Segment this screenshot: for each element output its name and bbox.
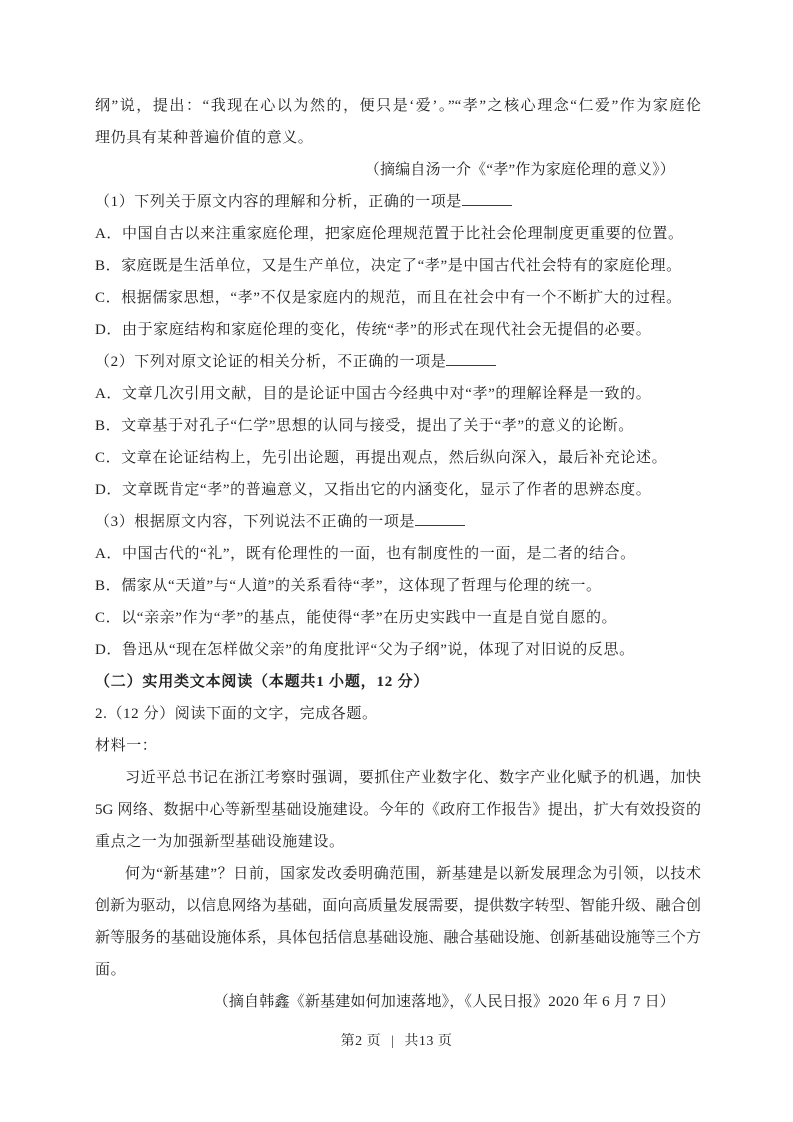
question-3-stem-text: （3）根据原文内容，下列说法不正确的一项是 [95, 514, 415, 530]
page-footer: 第2 页|共13 页 [0, 1030, 793, 1054]
question-2-stem: （2）下列对原文论证的相关分析，不正确的一项是 [95, 346, 701, 378]
answer-blank [446, 353, 496, 366]
material-paragraph2-line-2: 创新为驱动，以信息网络为基础，面向高质量发展需要，提供数字转型、智能升级、融合创 [95, 890, 701, 922]
question-2-option-a: A．文章几次引用文献，目的是论证中国古今经典中对“孝”的理解诠释是一致的。 [95, 378, 701, 410]
question-3-option-c: C．以“亲亲”作为“孝”的基点，能使得“孝”在历史实践中一直是自觉自愿的。 [95, 602, 701, 634]
material-paragraph2-line-3: 新等服务的基础设施体系，具体包括信息基础设施、融合基础设施、创新基础设施等三个方 [95, 922, 701, 954]
passage-source-attribution: （摘编自汤一介《“孝”作为家庭伦理的意义》） [95, 154, 701, 186]
answer-blank [462, 193, 512, 206]
passage-tail-line-2: 理仍具有某种普遍价值的意义。 [95, 122, 701, 154]
question-1-option-c: C．根据儒家思想，“孝”不仅是家庭内的规范，而且在社会中有一个不断扩大的过程。 [95, 282, 701, 314]
material-source-attribution: （摘自韩鑫《新基建如何加速落地》，《人民日报》2020 年 6 月 7 日） [95, 986, 701, 1018]
material-paragraph2-line-1: 何为“新基建”？日前，国家发改委明确范围，新基建是以新发展理念为引领，以技术 [95, 858, 701, 890]
question-1-option-b: B．家庭既是生活单位，又是生产单位，决定了“孝”是中国古代社会特有的家庭伦理。 [95, 250, 701, 282]
question-2-stem-text: （2）下列对原文论证的相关分析，不正确的一项是 [95, 354, 446, 370]
question-3-option-d: D．鲁迅从“现在怎样做父亲”的角度批评“父为子纲”说，体现了对旧说的反思。 [95, 634, 701, 666]
question-2-option-d: D．文章既肯定“孝”的普遍意义，又指出它的内涵变化，显示了作者的思辨态度。 [95, 474, 701, 506]
question-1-stem-text: （1）下列关于原文内容的理解和分析，正确的一项是 [95, 194, 462, 210]
answer-blank [415, 513, 465, 526]
question-1-option-d: D．由于家庭结构和家庭伦理的变化，传统“孝”的形式在现代社会无提倡的必要。 [95, 314, 701, 346]
material-paragraph2-line-4: 面。 [95, 954, 701, 986]
exam-page-content: 纲”说，提出：“我现在心以为然的，便只是‘爱’。”“孝”之核心理念“仁爱”作为家… [95, 90, 701, 1018]
material-paragraph1-line-1: 习近平总书记在浙江考察时强调，要抓住产业数字化、数字产业化赋予的机遇，加快 [95, 762, 701, 794]
question-3-option-b: B．儒家从“天道”与“人道”的关系看待“孝”，这体现了哲理与伦理的统一。 [95, 570, 701, 602]
footer-total-pages: 共13 页 [404, 1034, 452, 1049]
question-1-stem: （1）下列关于原文内容的理解和分析，正确的一项是 [95, 186, 701, 218]
material-paragraph1-line-3: 重点之一为加强新型基础设施建设。 [95, 826, 701, 858]
passage-tail-line-1: 纲”说，提出：“我现在心以为然的，便只是‘爱’。”“孝”之核心理念“仁爱”作为家… [95, 90, 701, 122]
question-2-option-c: C．文章在论证结构上，先引出论题，再提出观点，然后纵向深入，最后补充论述。 [95, 442, 701, 474]
material-paragraph1-line-2: 5G 网络、数据中心等新型基础设施建设。今年的《政府工作报告》提出，扩大有效投资… [95, 794, 701, 826]
question-2-option-b: B．文章基于对孔子“仁学”思想的认同与接受，提出了关于“孝”的意义的论断。 [95, 410, 701, 442]
question-3-option-a: A．中国古代的“礼”，既有伦理性的一面，也有制度性的一面，是二者的结合。 [95, 538, 701, 570]
question-3-stem: （3）根据原文内容，下列说法不正确的一项是 [95, 506, 701, 538]
footer-page-number: 第2 页 [341, 1034, 382, 1049]
footer-separator: | [381, 1034, 404, 1049]
question-1-option-a: A．中国自古以来注重家庭伦理，把家庭伦理规范置于比社会伦理制度更重要的位置。 [95, 218, 701, 250]
question-2-lead: 2.（12 分）阅读下面的文字，完成各题。 [95, 698, 701, 730]
section-two-heading: （二）实用类文本阅读（本题共1 小题，12 分） [95, 666, 701, 698]
material-one-label: 材料一： [95, 730, 701, 762]
